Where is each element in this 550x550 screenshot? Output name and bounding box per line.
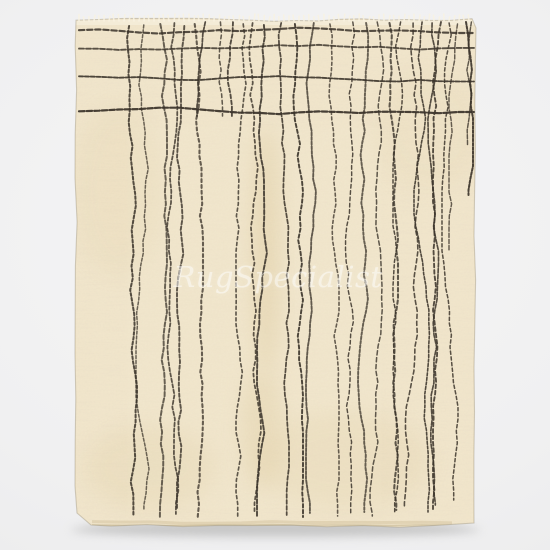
rug-product-photo: RugSpecialist	[0, 0, 550, 550]
rug-image	[0, 0, 550, 550]
